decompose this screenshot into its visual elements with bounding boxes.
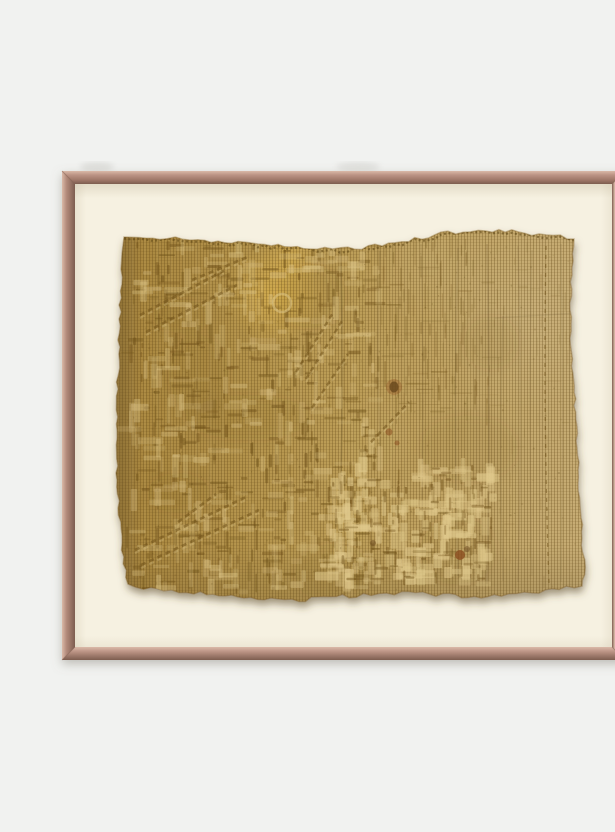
texture-mark [371,363,374,374]
texture-mark [260,398,266,400]
texture-mark [411,530,419,542]
texture-mark [218,547,219,549]
texture-mark [219,325,225,347]
texture-mark [348,477,354,486]
texture-mark [362,551,363,552]
texture-mark [130,564,132,566]
texture-mark [300,367,303,381]
texture-mark [147,553,150,559]
texture-mark [191,416,195,431]
texture-mark [466,396,468,421]
texture-mark [148,347,150,349]
texture-mark [181,338,183,354]
texture-mark [471,465,474,471]
texture-mark [510,494,511,513]
texture-mark [462,510,464,525]
texture-mark [476,546,478,547]
texture-mark [277,346,297,349]
texture-mark [127,420,128,422]
texture-mark [129,345,132,364]
texture-mark [251,504,255,522]
texture-mark [186,426,188,427]
texture-mark [260,280,263,300]
texture-mark [510,544,511,564]
texture-mark [316,479,319,497]
texture-mark [157,489,159,491]
texture-mark [172,455,179,478]
texture-mark [283,250,290,252]
texture-mark [288,454,294,465]
texture-mark [365,252,366,254]
stain [370,540,376,546]
texture-mark [553,440,554,442]
texture-mark [389,565,398,567]
texture-mark [167,341,168,343]
texture-mark [425,429,426,431]
texture-mark [325,508,328,521]
texture-mark [481,485,483,496]
texture-mark [419,543,422,547]
texture-mark [156,582,158,584]
texture-mark [566,331,567,344]
texture-mark [533,238,534,249]
texture-mark [490,550,491,551]
texture-mark [181,403,201,409]
texture-mark [298,273,301,280]
texture-mark [384,361,386,387]
texture-mark [356,537,358,548]
texture-mark [538,413,539,427]
stain [464,546,470,552]
texture-mark [251,357,269,361]
texture-mark [402,507,407,520]
texture-mark [276,513,278,514]
texture-mark [440,407,453,409]
texture-mark [491,514,492,524]
texture-mark [253,414,254,415]
texture-mark [405,383,429,385]
texture-mark [398,513,400,523]
texture-mark [434,523,438,540]
texture-mark [174,302,176,304]
texture-mark [458,290,472,292]
texture-mark [235,491,248,495]
texture-mark [360,360,362,362]
texture-mark [141,352,143,357]
texture-mark [549,280,551,282]
texture-mark [138,437,163,444]
stain [455,550,465,560]
texture-mark [302,345,304,357]
texture-mark [540,274,541,290]
texture-mark [184,268,191,290]
texture-mark [412,254,414,256]
texture-mark [208,394,210,396]
texture-mark [307,420,315,425]
texture-mark [393,252,395,264]
texture-mark [350,497,353,512]
texture-mark [542,383,543,395]
texture-mark [200,347,205,349]
texture-mark [204,245,211,248]
texture-mark [223,584,239,589]
texture-mark [241,268,251,274]
texture-mark [348,410,366,413]
texture-mark [177,292,179,294]
texture-mark [136,474,139,482]
texture-mark [494,320,495,327]
texture-mark [421,465,430,488]
texture-mark [163,485,187,488]
texture-mark [291,558,302,564]
texture-mark [174,574,176,576]
texture-mark [438,512,449,514]
texture-mark [347,261,360,268]
texture-mark [454,376,456,395]
texture-mark [215,334,220,360]
texture-mark [424,511,426,521]
texture-mark [366,427,367,429]
texture-mark [252,442,254,456]
texture-mark [371,287,391,289]
texture-mark [229,489,231,501]
texture-mark [275,444,279,465]
texture-mark [469,364,471,366]
texture-mark [472,485,474,494]
texture-mark [285,318,310,323]
texture-mark [396,396,397,424]
texture-mark [378,443,380,445]
texture-mark [554,534,555,552]
texture-mark [346,401,362,403]
texture-mark [241,477,248,480]
texture-mark [288,477,293,498]
texture-mark [186,395,201,398]
texture-mark [452,502,453,503]
texture-mark [420,276,434,277]
texture-mark [237,339,241,353]
texture-mark [432,468,440,470]
texture-mark [132,571,145,576]
texture-mark [332,466,343,468]
texture-mark [460,297,462,314]
texture-mark [472,338,473,364]
texture-mark [339,529,349,531]
texture-mark [345,306,359,311]
texture-mark [496,289,497,290]
texture-mark [288,498,290,499]
texture-mark [567,351,568,365]
texture-mark [359,457,368,472]
texture-mark [271,585,287,590]
texture-mark [217,487,233,489]
texture-mark [471,478,477,480]
texture-mark [193,427,210,429]
texture-mark [401,566,403,568]
texture-mark [461,566,463,577]
texture-mark [518,286,528,287]
texture-mark [400,523,407,542]
texture-mark [537,337,538,356]
texture-mark [570,453,577,454]
texture-mark [144,360,148,378]
texture-mark [230,384,247,388]
texture-mark [239,586,241,587]
texture-mark [141,374,143,382]
texture-mark [444,512,446,514]
texture-mark [149,500,175,506]
texture-mark [182,393,184,394]
texture-mark [494,497,496,499]
texture-mark [363,335,365,336]
texture-mark [489,404,490,423]
texture-mark [357,396,359,397]
texture-mark [376,288,382,305]
texture-mark [446,284,447,285]
texture-mark [206,411,219,413]
texture-mark [404,487,406,488]
texture-mark [414,240,416,265]
texture-mark [258,374,278,377]
texture-mark [429,323,431,335]
texture-mark [351,557,353,565]
texture-mark [488,553,489,564]
texture-mark [363,285,365,294]
texture-mark [456,272,457,274]
frame-bar-left [62,171,75,660]
texture-mark [392,275,394,276]
texture-mark [126,527,128,548]
texture-mark [452,376,454,384]
texture-mark [329,496,340,498]
texture-mark [479,533,481,535]
texture-mark [168,545,169,546]
texture-mark [274,519,282,521]
texture-mark [231,424,242,428]
texture-mark [160,457,163,472]
texture-mark [218,406,220,408]
texture-mark [213,455,216,461]
texture-mark [367,462,368,464]
texture-mark [352,301,353,302]
texture-mark [262,268,278,270]
texture-mark [559,284,560,294]
texture-mark [384,552,397,555]
texture-mark [142,488,150,491]
texture-mark [161,432,178,437]
texture-mark [429,522,431,532]
texture-mark [252,549,254,561]
texture-mark [349,462,351,474]
texture-mark [502,409,504,411]
texture-mark [332,250,333,252]
texture-mark [221,346,223,357]
texture-mark [249,311,255,323]
texture-mark [219,490,226,493]
texture-mark [470,546,473,556]
texture-mark [209,377,222,379]
texture-mark [346,500,347,502]
texture-mark [247,400,257,405]
texture-mark [460,480,462,485]
texture-mark [278,373,281,387]
texture-mark [237,555,239,563]
texture-mark [311,513,319,515]
texture-mark [301,333,319,335]
texture-mark [310,336,312,337]
texture-mark [463,300,464,316]
texture-mark [361,512,367,531]
texture-mark [379,351,381,353]
texture-mark [451,234,452,257]
texture-mark [260,456,265,471]
texture-mark [229,536,245,539]
texture-mark [200,379,201,381]
texture-mark [254,458,255,459]
texture-mark [515,269,527,271]
texture-mark [213,444,215,464]
texture-mark [336,337,338,339]
texture-mark [438,555,453,557]
texture-mark [237,421,238,423]
texture-mark [302,421,305,439]
texture-mark [381,480,383,481]
texture-mark [243,294,247,316]
texture-mark [531,288,540,289]
texture-mark [558,472,560,474]
texture-mark [489,365,490,373]
texture-mark [426,517,428,519]
texture-mark [375,567,388,570]
texture-mark [148,343,149,344]
texture-mark [474,298,476,309]
texture-mark [280,342,282,344]
texture-mark [455,307,457,309]
texture-mark [217,550,228,552]
texture-mark [193,391,210,393]
texture-mark [473,493,475,499]
texture-mark [533,358,535,360]
texture-mark [205,463,206,464]
texture-mark [307,439,309,441]
texture-mark [266,445,268,447]
texture-mark [425,283,426,310]
texture-mark [470,505,475,527]
texture-mark [291,338,299,340]
texture-mark [143,271,151,275]
texture-mark [230,425,231,427]
texture-mark [229,400,242,403]
texture-mark [147,574,148,575]
texture-mark [512,535,513,545]
texture-mark [189,546,190,548]
texture-mark [439,474,446,476]
texture-mark [459,341,461,366]
texture-mark [340,547,342,549]
texture-mark [534,328,536,330]
texture-mark [425,239,427,249]
texture-mark [511,285,513,287]
texture-mark [345,527,358,529]
texture-mark [396,589,398,591]
texture-mark [479,299,481,301]
texture-mark [383,266,385,284]
texture-mark [489,493,496,501]
texture-mark [498,470,499,471]
texture-mark [354,396,355,397]
texture-mark [435,327,437,329]
texture-mark [524,429,525,437]
texture-mark [324,561,336,563]
texture-mark [141,343,143,349]
texture-mark [400,268,402,292]
texture-mark [156,418,163,420]
framed-artwork [62,171,615,660]
texture-mark [158,461,161,481]
texture-mark [532,503,533,516]
texture-mark [299,402,305,423]
texture-mark [499,500,501,502]
texture-mark [285,421,291,446]
texture-mark [324,538,333,541]
texture-mark [336,590,338,592]
texture-mark [321,304,322,306]
texture-mark [173,353,174,355]
texture-mark [476,541,491,544]
texture-mark [317,352,319,354]
texture-mark [265,468,268,483]
texture-mark [485,544,486,546]
texture-mark [516,295,517,296]
texture-mark [533,448,535,450]
texture-mark [401,333,402,335]
texture-mark [567,261,569,262]
texture-mark [216,546,226,549]
texture-mark [505,558,506,560]
texture-mark [562,517,563,519]
texture-mark [498,357,499,372]
texture-mark [554,511,555,513]
texture-mark [350,383,357,395]
texture-mark [314,468,333,475]
texture-mark [319,292,321,312]
texture-mark [508,352,509,369]
texture-mark [144,287,162,291]
texture-mark [442,293,443,318]
texture-mark [369,499,371,511]
texture-mark [207,262,228,266]
texture-mark [449,497,451,510]
texture-mark [423,399,424,420]
texture-mark [500,507,501,514]
texture-mark [187,478,188,479]
texture-mark [211,583,213,585]
texture-mark [549,491,550,501]
texture-mark [287,510,293,529]
texture-mark [337,421,351,425]
texture-mark [332,482,334,487]
texture-mark [249,356,254,359]
texture-mark [182,272,185,290]
texture-mark [497,290,498,310]
texture-mark [422,353,424,355]
texture-mark [285,491,304,493]
texture-mark [384,491,387,502]
texture-mark [324,556,326,558]
texture-mark [449,345,451,346]
texture-mark [264,544,265,546]
wall-smudge [336,162,380,172]
